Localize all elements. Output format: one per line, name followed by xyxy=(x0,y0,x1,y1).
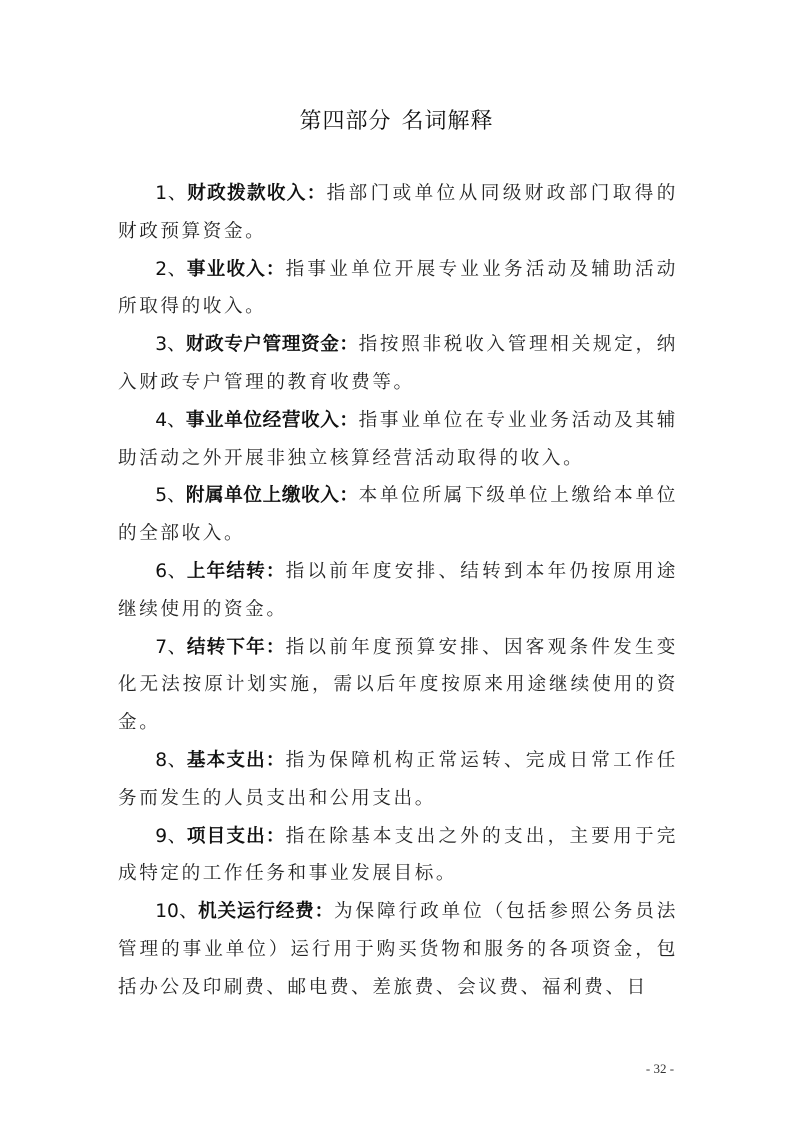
title-part: 第四部分 xyxy=(299,109,391,134)
page-number: - 32 - xyxy=(640,1061,680,1077)
definition-number: 5、 xyxy=(155,485,186,506)
definition-item: 8、基本支出：指为保障机构正常运转、完成日常工作任务而发生的人员支出和公用支出。 xyxy=(118,742,678,818)
definition-item: 4、事业单位经营收入：指事业单位在专业业务活动及其辅助活动之外开展非独立核算经营… xyxy=(118,402,678,478)
definition-item: 6、上年结转：指以前年度安排、结转到本年仍按原用途继续使用的资金。 xyxy=(118,553,678,629)
title-name: 名词解释 xyxy=(402,109,494,134)
definition-term: 财政专户管理资金： xyxy=(186,334,359,355)
definition-item: 10、机关运行经费：为保障行政单位（包括参照公务员法管理的事业单位）运行用于购买… xyxy=(118,893,678,1006)
definition-term: 基本支出： xyxy=(187,750,286,771)
definition-number: 2、 xyxy=(155,259,187,280)
definition-term: 项目支出： xyxy=(187,826,286,847)
definition-item: 2、事业收入：指事业单位开展专业业务活动及辅助活动所取得的收入。 xyxy=(118,251,678,327)
definition-number: 1、 xyxy=(155,183,187,204)
definition-item: 9、项目支出：指在除基本支出之外的支出，主要用于完成特定的工作任务和事业发展目标… xyxy=(118,818,678,894)
definition-term: 机关运行经费： xyxy=(198,901,334,922)
definition-number: 6、 xyxy=(155,561,187,582)
definition-number: 8、 xyxy=(155,750,187,771)
document-page: 第四部分名词解释 1、财政拨款收入：指部门或单位从同级财政部门取得的财政预算资金… xyxy=(0,0,793,1122)
definition-item: 3、财政专户管理资金：指按照非税收入管理相关规定，纳入财政专户管理的教育收费等。 xyxy=(118,326,678,402)
definition-term: 结转下年： xyxy=(187,637,286,658)
definition-number: 7、 xyxy=(155,637,187,658)
definitions-list: 1、财政拨款收入：指部门或单位从同级财政部门取得的财政预算资金。 2、事业收入：… xyxy=(118,175,678,1007)
definition-term: 事业单位经营收入： xyxy=(186,410,359,431)
definition-number: 3、 xyxy=(155,334,186,355)
definition-item: 1、财政拨款收入：指部门或单位从同级财政部门取得的财政预算资金。 xyxy=(118,175,678,251)
definition-number: 4、 xyxy=(155,410,186,431)
definition-item: 5、附属单位上缴收入：本单位所属下级单位上缴给本单位的全部收入。 xyxy=(118,477,678,553)
definition-number: 10、 xyxy=(155,901,198,922)
definition-number: 9、 xyxy=(155,826,187,847)
definition-term: 财政拨款收入： xyxy=(187,183,326,204)
definition-item: 7、结转下年：指以前年度预算安排、因客观条件发生变化无法按原计划实施，需以后年度… xyxy=(118,629,678,742)
definition-term: 上年结转： xyxy=(187,561,286,582)
definition-term: 附属单位上缴收入： xyxy=(186,485,359,506)
page-title: 第四部分名词解释 xyxy=(0,104,793,135)
definition-term: 事业收入： xyxy=(187,259,286,280)
